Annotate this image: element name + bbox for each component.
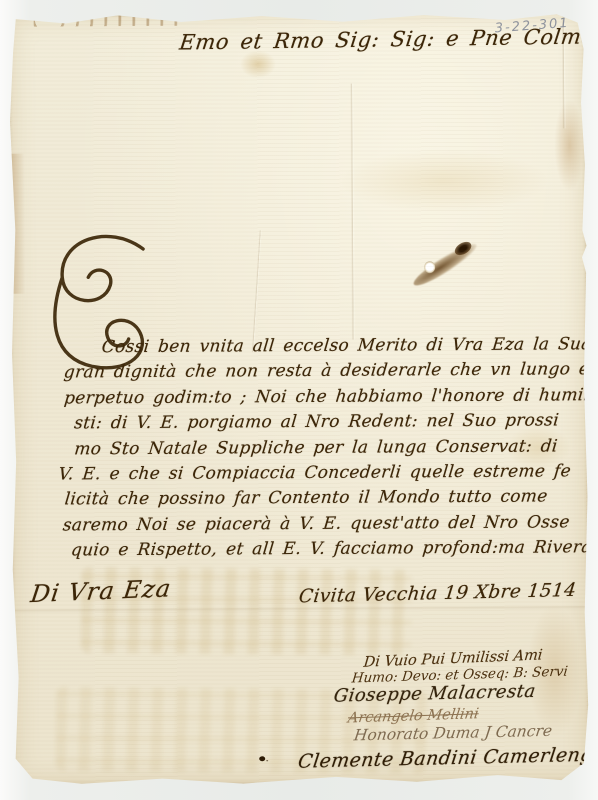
closing-place: Di Vra Eza bbox=[29, 574, 173, 608]
ink-burn-hole bbox=[402, 235, 486, 296]
body-line: quio e Rispetto, et all E. V. facciamo p… bbox=[70, 535, 591, 564]
body-line: V. E. e che si Compiaccia Concederli que… bbox=[57, 459, 590, 488]
dateline: Civita Vecchia 19 Xbre 1514 bbox=[298, 580, 578, 608]
body-line: Cossi ben vnita all eccelso Merito di Vr… bbox=[100, 332, 589, 360]
signature-gioseppe-malacresta: Gioseppe Malacresta bbox=[332, 681, 537, 707]
body-line: perpetuo godim:to ; Noi che habbiamo l'h… bbox=[63, 383, 590, 412]
signature-honorato-duma: Honorato Duma J Cancre bbox=[353, 722, 553, 745]
paper-stain bbox=[554, 100, 585, 190]
paper-stain bbox=[240, 50, 276, 78]
deckle-edge-stain bbox=[34, 13, 184, 27]
paper-stain bbox=[9, 154, 26, 294]
body-line: mo Sto Natale Suppliche per la lunga Con… bbox=[73, 434, 590, 463]
paper-hole bbox=[424, 261, 435, 273]
paper-stain bbox=[338, 148, 548, 213]
scan-background: { "palette": { "ink": "#3b2507", "faded_… bbox=[0, 0, 598, 800]
body-line: sti: di V. E. porgiamo al Nro Redent: ne… bbox=[73, 408, 590, 437]
manuscript-page: 3-22-301 Emo et Rmo Sig: Sig: e Pne Colm… bbox=[8, 10, 591, 786]
body-line: gran dignità che non resta à desiderarle… bbox=[63, 358, 590, 387]
signature-clemente-bandini-camerlengo: Clemente Bandini Camerlengo bbox=[297, 743, 598, 772]
salutation-line: Emo et Rmo Sig: Sig: e Pne Colmo bbox=[178, 24, 596, 54]
body-line: licità che possino far Contento il Mondo… bbox=[63, 485, 590, 514]
ink-dot bbox=[259, 756, 265, 761]
letter-body: Cossi ben vnita all eccelso Merito di Vr… bbox=[10, 332, 589, 564]
paper-crease bbox=[350, 84, 356, 340]
body-line: saremo Noi se piacerà à V. E. quest'atto… bbox=[62, 510, 591, 539]
